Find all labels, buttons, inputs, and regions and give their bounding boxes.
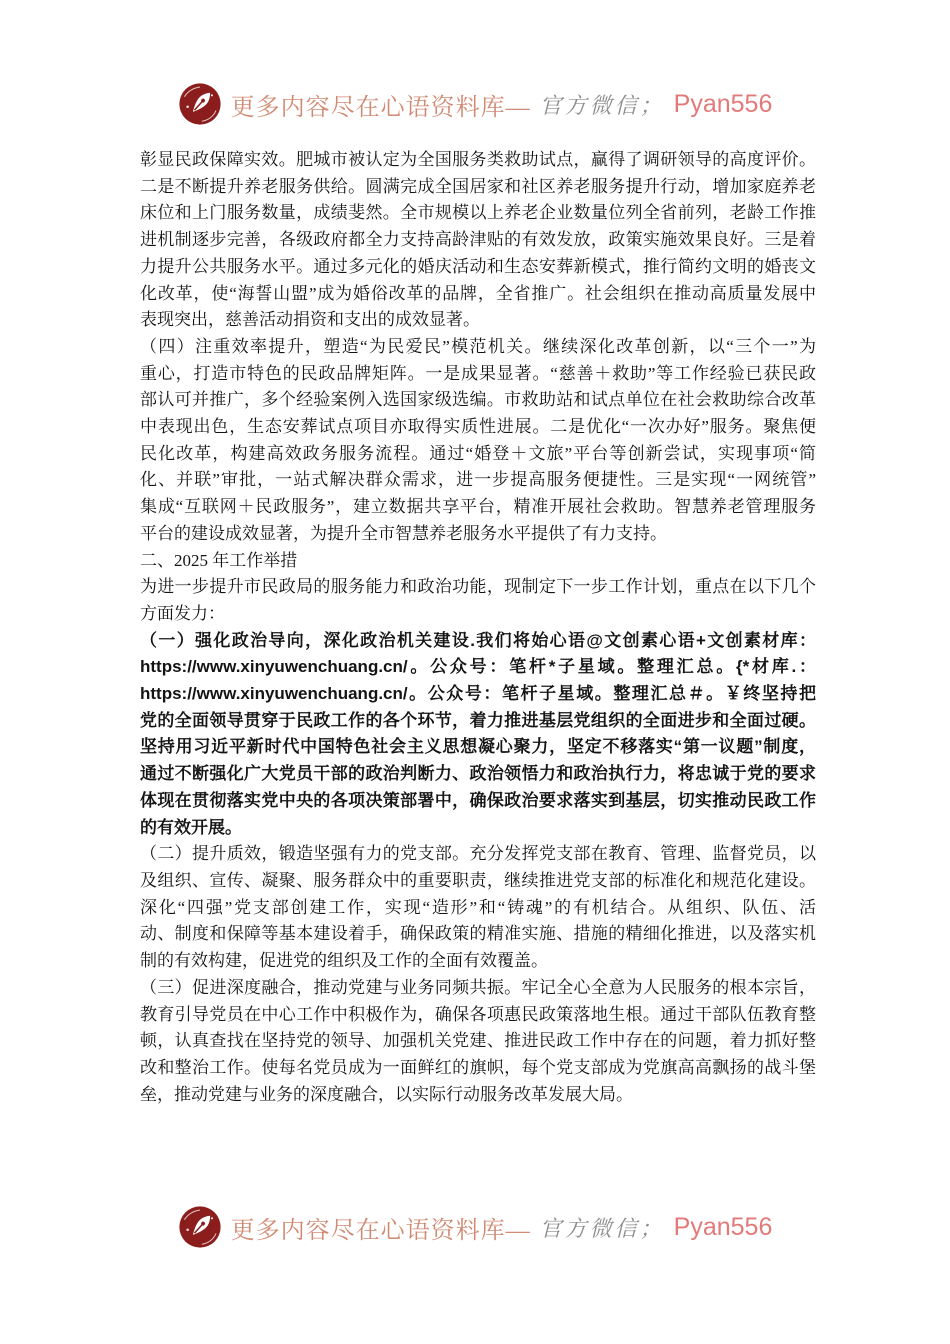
text-line: 化、并联”审批，一站式解决群众需求，进一步提高服务便捷性。三是实现“一网统管” <box>140 467 816 494</box>
pen-nib-logo-icon <box>178 1205 222 1249</box>
text-line: 集成“互联网＋民政服务”，建立数据共享平台，精准开展社会救助。智慧养老管理服务 <box>140 494 816 521</box>
text-line: 教育引导党员在中心工作中积极作为，确保各项惠民政策落地生根。通过干部队伍教育整 <box>140 1002 816 1029</box>
text-line: https://www.xinyuwenchuang.cn/。公众号：笔杆*子星… <box>140 654 816 681</box>
text-line: 及组织、宣传、凝聚、服务群众中的重要职责，继续推进党支部的标准化和规范化建设。 <box>140 868 816 895</box>
paragraph: 为进一步提升市民政局的服务能力和政治功能，现制定下一步工作计划，重点在以下几个方… <box>140 574 816 627</box>
paragraph: （二）提升质效，锻造坚强有力的党支部。充分发挥党支部在教育、管理、监督党员，以及… <box>140 841 816 975</box>
text-line: 顿，认真查找在坚持党的领导、加强机关党建、推进民政工作中存在的问题，着力抓好整 <box>140 1028 816 1055</box>
text-line: 民化改革，构建高效政务服务流程。通过“婚登＋文旅”平台等创新尝试，实现事项“简 <box>140 441 816 468</box>
paragraph: （三）促进深度融合，推动党建与业务同频共振。牢记全心全意为人民服务的根本宗旨，教… <box>140 975 816 1109</box>
text-line: 部认可并推广，多个经验案例入选国家级选编。市救助站和试点单位在社会救助综合改革 <box>140 387 816 414</box>
paragraph: （一）强化政治导向，深化政治机关建设.我们将始心语@文创素心语+文创素材库：ht… <box>140 628 816 842</box>
watermark-wechat-label: 官方微信； <box>540 89 665 120</box>
text-line: 的有效开展。 <box>140 815 816 842</box>
watermark-brand-text: 更多内容尽在心语资料库— <box>231 87 531 122</box>
text-line: 床位和上门服务数量，成绩斐然。全市规模以上养老企业数量位列全省前列，老龄工作推 <box>140 200 816 227</box>
text-line: 重心，打造市特色的民政品牌矩阵。一是成果显著。“慈善＋救助”等工作经验已获民政 <box>140 361 816 388</box>
text-line: https://www.xinyuwenchuang.cn/。公众号：笔杆子星域… <box>140 681 816 708</box>
text-line: 中表现出色，生态安葬试点项目亦取得实质性进展。二是优化“一次办好”服务。聚焦便 <box>140 414 816 441</box>
text-line: 平台的建设成效显著，为提升全市智慧养老服务水平提供了有力支持。 <box>140 521 816 548</box>
watermark-wechat-id: Pyan556 <box>674 90 773 119</box>
text-line: 制的有效构建，促进党的组织及工作的全面有效覆盖。 <box>140 948 816 975</box>
text-line: （一）强化政治导向，深化政治机关建设.我们将始心语@文创素心语+文创素材库： <box>140 628 816 655</box>
text-line: 党的全面领导贯穿于民政工作的各个环节，着力推进基层党组织的全面进步和全面过硬。 <box>140 708 816 735</box>
document-page: 更多内容尽在心语资料库— 官方微信； Pyan556 彰显民政保障实效。肥城市被… <box>0 0 950 1344</box>
paragraph: 彰显民政保障实效。肥城市被认定为全国服务类救助试点，赢得了调研领导的高度评价。二… <box>140 147 816 334</box>
text-line: 改和整治工作。使每名党员成为一面鲜红的旗帜，每个党支部成为党旗高高飘扬的战斗堡 <box>140 1055 816 1082</box>
text-line: 表现突出，慈善活动捐资和支出的成效显著。 <box>140 307 816 334</box>
text-line: （二）提升质效，锻造坚强有力的党支部。充分发挥党支部在教育、管理、监督党员，以 <box>140 841 816 868</box>
paragraph: （四）注重效率提升，塑造“为民爱民”模范机关。继续深化改革创新，以“三个一”为重… <box>140 334 816 548</box>
text-line: 动、制度和保障等基本建设着手，确保政策的精准实施、措施的精细化推进，以及落实机 <box>140 921 816 948</box>
text-line: 深化“四强”党支部创建工作，实现“造形”和“铸魂”的有机结合。从组织、队伍、活 <box>140 895 816 922</box>
watermark-brand-text: 更多内容尽在心语资料库— <box>231 1210 531 1245</box>
text-line: 力提升公共服务水平。通过多元化的婚庆活动和生态安葬新模式，推行简约文明的婚丧文 <box>140 254 816 281</box>
paragraph: 二、2025 年工作举措 <box>140 548 816 575</box>
text-line: 垒，推动党建与业务的深度融合，以实际行动服务改革发展大局。 <box>140 1082 816 1109</box>
text-line: 二是不断提升养老服务供给。圆满完成全国居家和社区养老服务提升行动，增加家庭养老 <box>140 174 816 201</box>
text-line: （三）促进深度融合，推动党建与业务同频共振。牢记全心全意为人民服务的根本宗旨， <box>140 975 816 1002</box>
text-line: 通过不断强化广大党员干部的政治判断力、政治领悟力和政治执行力，将忠诚于党的要求 <box>140 761 816 788</box>
watermark-wechat-id: Pyan556 <box>674 1213 773 1242</box>
text-line: 坚持用习近平新时代中国特色社会主义思想凝心聚力，坚定不移落实“第一议题”制度， <box>140 734 816 761</box>
text-line: 化改革，使“海誓山盟”成为婚俗改革的品牌，全省推广。社会组织在推动高质量发展中 <box>140 281 816 308</box>
header-watermark: 更多内容尽在心语资料库— 官方微信； Pyan556 <box>0 82 950 126</box>
text-line: 彰显民政保障实效。肥城市被认定为全国服务类救助试点，赢得了调研领导的高度评价。 <box>140 147 816 174</box>
text-line: 体现在贯彻落实党中央的各项决策部署中，确保政治要求落实到基层，切实推动民政工作 <box>140 788 816 815</box>
document-body: 彰显民政保障实效。肥城市被认定为全国服务类救助试点，赢得了调研领导的高度评价。二… <box>140 147 816 1108</box>
footer-watermark: 更多内容尽在心语资料库— 官方微信； Pyan556 <box>0 1205 950 1249</box>
pen-nib-logo-icon <box>178 82 222 126</box>
text-line: 进机制逐步完善，各级政府都全力支持高龄津贴的有效发放，政策实施效果良好。三是着 <box>140 227 816 254</box>
text-line: （四）注重效率提升，塑造“为民爱民”模范机关。继续深化改革创新，以“三个一”为 <box>140 334 816 361</box>
text-line: 二、2025 年工作举措 <box>140 548 816 575</box>
text-line: 方面发力： <box>140 601 816 628</box>
watermark-wechat-label: 官方微信； <box>540 1212 665 1243</box>
text-line: 为进一步提升市民政局的服务能力和政治功能，现制定下一步工作计划，重点在以下几个 <box>140 574 816 601</box>
